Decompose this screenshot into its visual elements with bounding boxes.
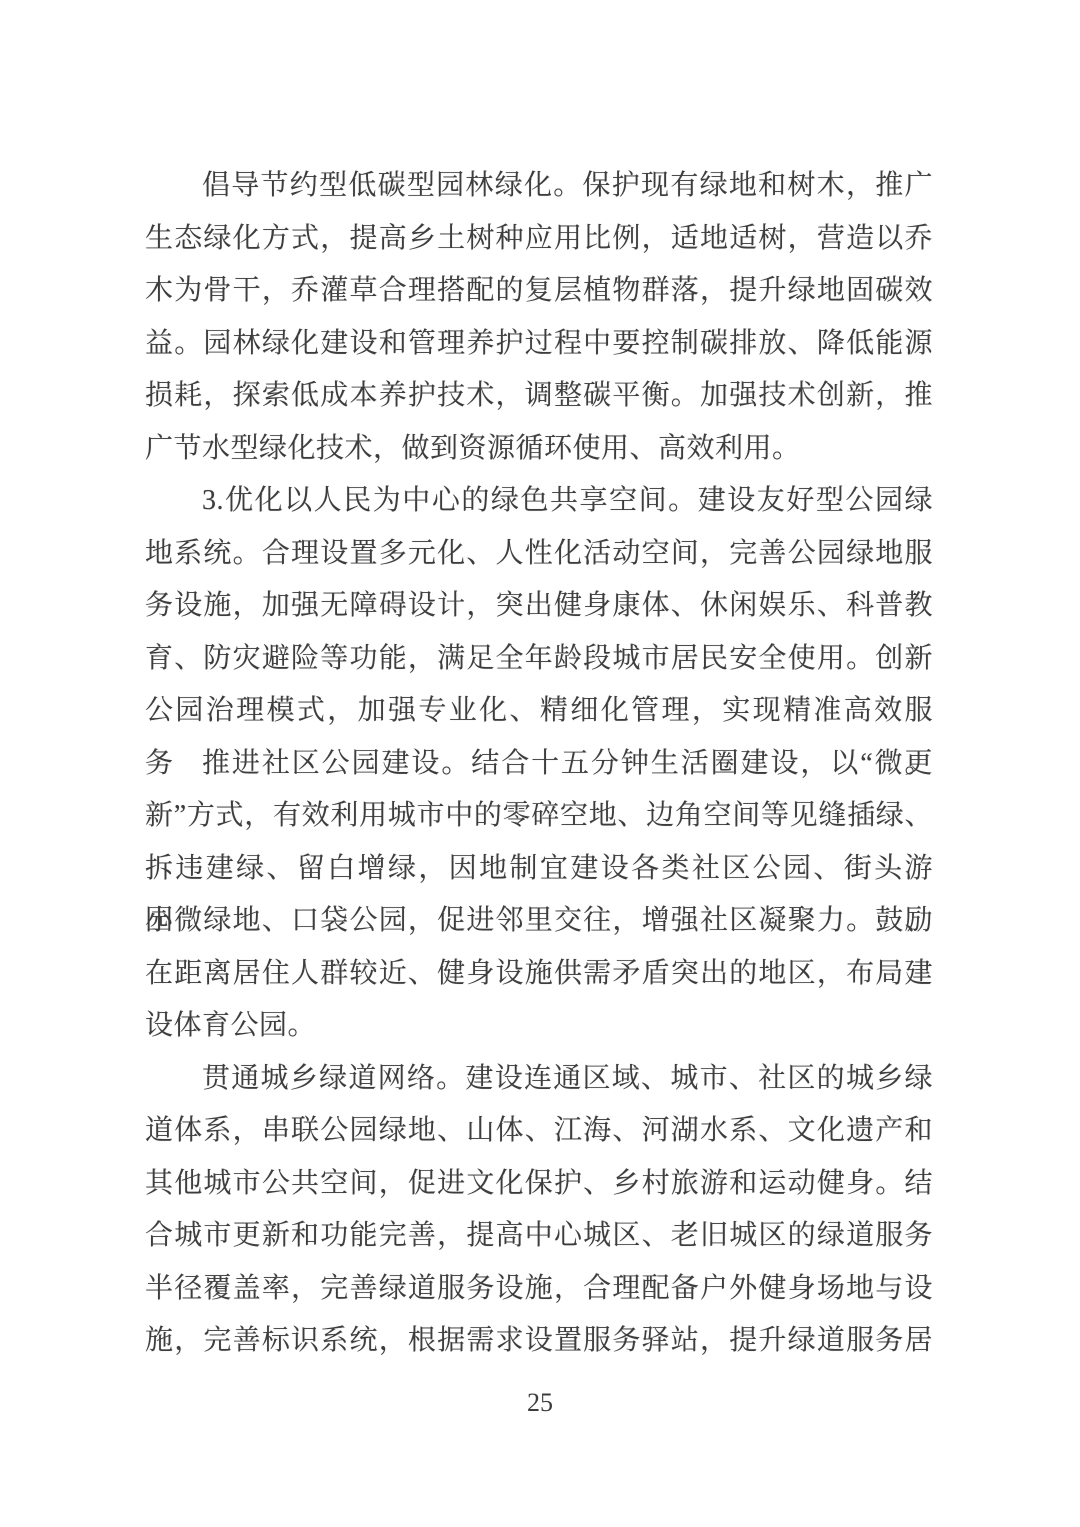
text-line: 木为骨干，乔灌草合理搭配的复层植物群落，提升绿地固碳效 (145, 265, 933, 318)
document-page: 倡导节约型低碳型园林绿化。保护现有绿地和树木，推广生态绿化方式，提高乡土树种应用… (0, 0, 1080, 1527)
text-line: 在距离居住人群较近、健身设施供需矛盾突出的地区，布局建 (145, 948, 933, 1001)
text-line: 其他城市公共空间，促进文化保护、乡村旅游和运动健身。结 (145, 1158, 933, 1211)
text-line: 务设施，加强无障碍设计，突出健身康体、休闲娱乐、科普教 (145, 580, 933, 633)
text-line: 益。园林绿化建设和管理养护过程中要控制碳排放、降低能源 (145, 318, 933, 371)
text-line: 合城市更新和功能完善，提高中心城区、老旧城区的绿道服务 (145, 1210, 933, 1263)
text-line: 贯通城乡绿道网络。建设连通区域、城市、社区的城乡绿 (145, 1053, 933, 1106)
text-line: 育、防灾避险等功能，满足全年龄段城市居民安全使用。创新 (145, 633, 933, 686)
text-line: 道体系，串联公园绿地、山体、江海、河湖水系、文化遗产和 (145, 1105, 933, 1158)
text-line: 生态绿化方式，提高乡土树种应用比例，适地适树，营造以乔 (145, 213, 933, 266)
page-number: 25 (0, 1386, 1080, 1420)
text-line: 拆违建绿、留白增绿，因地制宜建设各类社区公园、街头游园、 (145, 843, 933, 896)
text-line: 损耗，探索低成本养护技术，调整碳平衡。加强技术创新，推 (145, 370, 933, 423)
text-line: 3.优化以人民为中心的绿色共享空间。建设友好型公园绿 (145, 475, 933, 528)
text-line: 设体育公园。 (145, 1000, 933, 1053)
text-line: 施，完善标识系统，根据需求设置服务驿站，提升绿道服务居 (145, 1315, 933, 1368)
text-line: 半径覆盖率，完善绿道服务设施，合理配备户外健身场地与设 (145, 1263, 933, 1316)
text-line: 推进社区公园建设。结合十五分钟生活圈建设，以“微更 (145, 738, 933, 791)
body-text-block: 倡导节约型低碳型园林绿化。保护现有绿地和树木，推广生态绿化方式，提高乡土树种应用… (145, 160, 933, 1368)
text-line: 广节水型绿化技术，做到资源循环使用、高效利用。 (145, 423, 933, 476)
text-line: 倡导节约型低碳型园林绿化。保护现有绿地和树木，推广 (145, 160, 933, 213)
text-line: 新”方式，有效利用城市中的零碎空地、边角空间等见缝插绿、 (145, 790, 933, 843)
text-line: 地系统。合理设置多元化、人性化活动空间，完善公园绿地服 (145, 528, 933, 581)
text-line: 小微绿地、口袋公园，促进邻里交往，增强社区凝聚力。鼓励 (145, 895, 933, 948)
text-line: 公园治理模式，加强专业化、精细化管理，实现精准高效服务。 (145, 685, 933, 738)
